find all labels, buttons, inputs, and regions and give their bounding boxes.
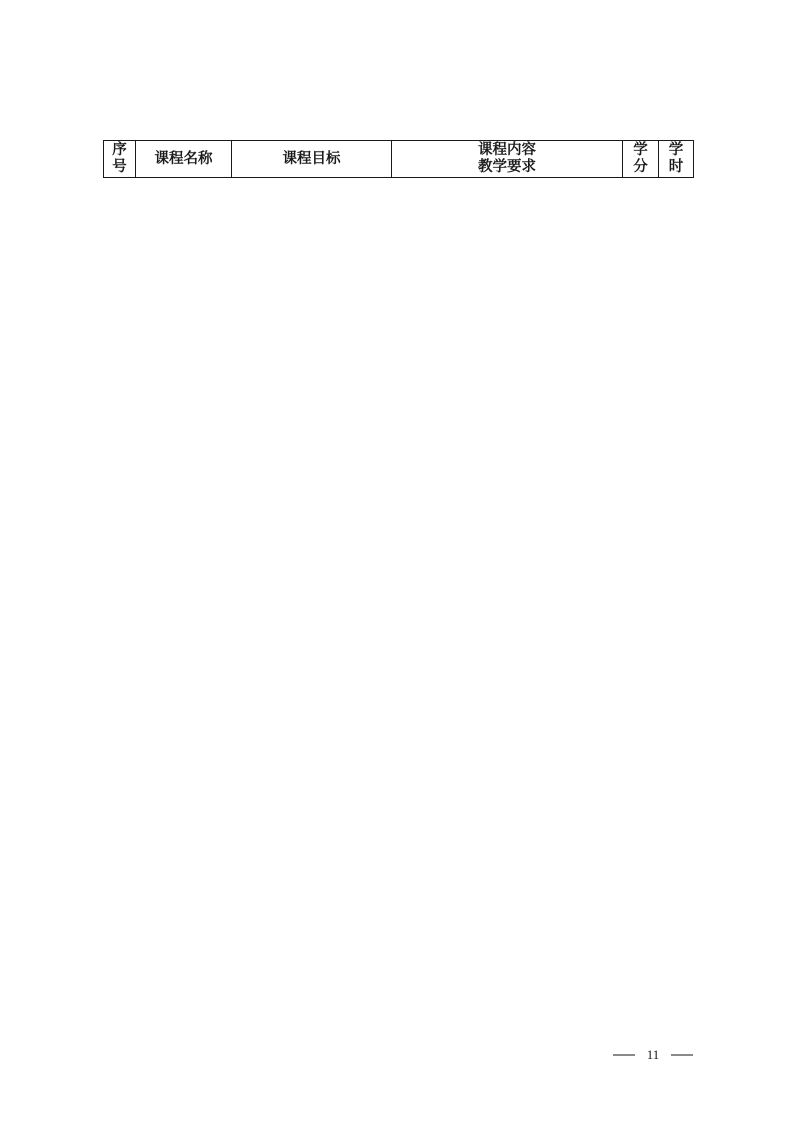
header-hours: 学 时 (659, 141, 694, 178)
document-page: 序 号 课程名称 课程目标 课程内容 教学要求 学 分 学 时 11 (0, 0, 793, 1122)
header-course-name: 课程名称 (136, 141, 232, 178)
page-number: 11 (647, 1047, 660, 1063)
footer-dash-left (613, 1054, 635, 1056)
footer-dash-right (671, 1054, 693, 1056)
header-seq: 序 号 (104, 141, 136, 178)
page-footer: 11 (598, 1046, 708, 1064)
header-content-requirements: 课程内容 教学要求 (392, 141, 623, 178)
header-credits: 学 分 (623, 141, 659, 178)
table-header-row: 序 号 课程名称 课程目标 课程内容 教学要求 学 分 学 时 (104, 141, 694, 178)
header-objectives: 课程目标 (232, 141, 392, 178)
course-table: 序 号 课程名称 课程目标 课程内容 教学要求 学 分 学 时 (103, 140, 694, 178)
